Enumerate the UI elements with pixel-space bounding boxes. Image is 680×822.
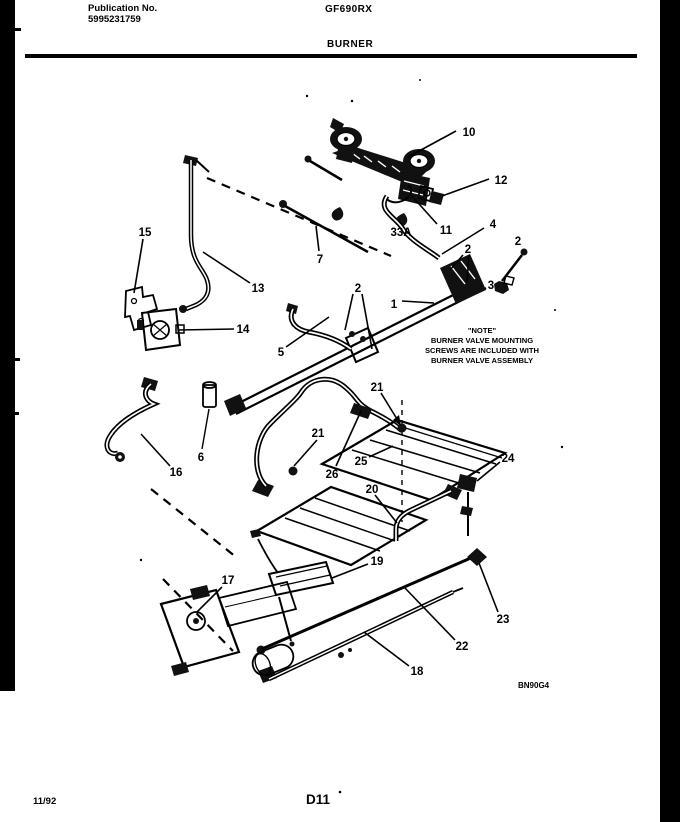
part-label-5: 5 — [278, 347, 285, 359]
callout-leader-1 — [402, 301, 434, 303]
diagram-code: BN90G4 — [518, 681, 549, 690]
part-label-2: 2 — [355, 283, 361, 295]
note-line: SCREWS ARE INCLUDED WITH — [408, 346, 556, 356]
part-label-3: 3 — [488, 280, 494, 292]
footer-date: 11/92 — [33, 796, 56, 807]
part-label-17: 17 — [222, 575, 235, 587]
part-label-26: 26 — [326, 469, 339, 481]
part-label-11: 11 — [440, 225, 453, 237]
part-label-19: 19 — [371, 556, 384, 568]
burner-tube-left — [286, 303, 351, 349]
callout-leader-25 — [369, 446, 393, 457]
part-label-20: 20 — [366, 484, 379, 496]
part-label-18: 18 — [411, 666, 424, 678]
part-label-6: 6 — [198, 452, 204, 464]
exploded-parts-diagram: 101211433A222137515131416621212625202417… — [0, 0, 680, 822]
flex-hose — [107, 377, 158, 462]
note-block: "NOTE" BURNER VALVE MOUNTING SCREWS ARE … — [408, 326, 556, 366]
burner-pan-upper — [322, 420, 505, 500]
callout-leader-19 — [332, 564, 368, 578]
callout-leader-23 — [479, 563, 498, 612]
supply-tube — [179, 155, 209, 313]
callout-leader-21 — [294, 440, 317, 466]
burner-pan-lower — [257, 487, 426, 565]
part-label-33A: 33A — [390, 227, 411, 239]
orifice-cylinder — [202, 382, 216, 449]
callout-leader-10 — [408, 131, 456, 157]
callout-leader-15 — [134, 239, 143, 293]
manual-page: Publication No. 5995231759 GF690RX BURNE… — [0, 0, 680, 822]
callout-leader-13 — [203, 252, 250, 283]
note-title: "NOTE" — [408, 326, 556, 336]
part-label-12: 12 — [495, 175, 508, 187]
part-label-2: 2 — [465, 244, 471, 256]
callout-leader-24 — [477, 462, 500, 481]
part-label-14: 14 — [237, 324, 250, 336]
tube-seven — [279, 200, 368, 252]
part-label-15: 15 — [139, 227, 152, 239]
part-label-13: 13 — [252, 283, 265, 295]
part-label-1: 1 — [391, 299, 398, 311]
part-label-22: 22 — [456, 641, 469, 653]
part-label-16: 16 — [170, 467, 183, 479]
callout-leader-12 — [442, 179, 489, 196]
part-label-21: 21 — [312, 428, 325, 440]
note-line: BURNER VALVE ASSEMBLY — [408, 356, 556, 366]
note-line: BURNER VALVE MOUNTING — [408, 336, 556, 346]
callout-leader-18 — [364, 632, 409, 666]
part-label-2: 2 — [515, 236, 521, 248]
part-label-4: 4 — [490, 219, 497, 231]
part-label-10: 10 — [463, 127, 476, 139]
callout-leader-14 — [179, 329, 234, 330]
part-label-21: 21 — [371, 382, 384, 394]
callout-leader-7 — [316, 226, 319, 251]
part-label-25: 25 — [355, 456, 368, 468]
callout-leader-2 — [345, 294, 353, 330]
regulator-14 — [137, 309, 184, 350]
part-label-24: 24 — [502, 453, 515, 465]
fitting-24 — [457, 474, 477, 536]
part-label-23: 23 — [497, 614, 510, 626]
footer-page-number: D11 — [306, 792, 330, 807]
callout-leader-16 — [141, 434, 170, 466]
part-label-7: 7 — [317, 254, 323, 266]
safety-valve — [161, 582, 297, 679]
